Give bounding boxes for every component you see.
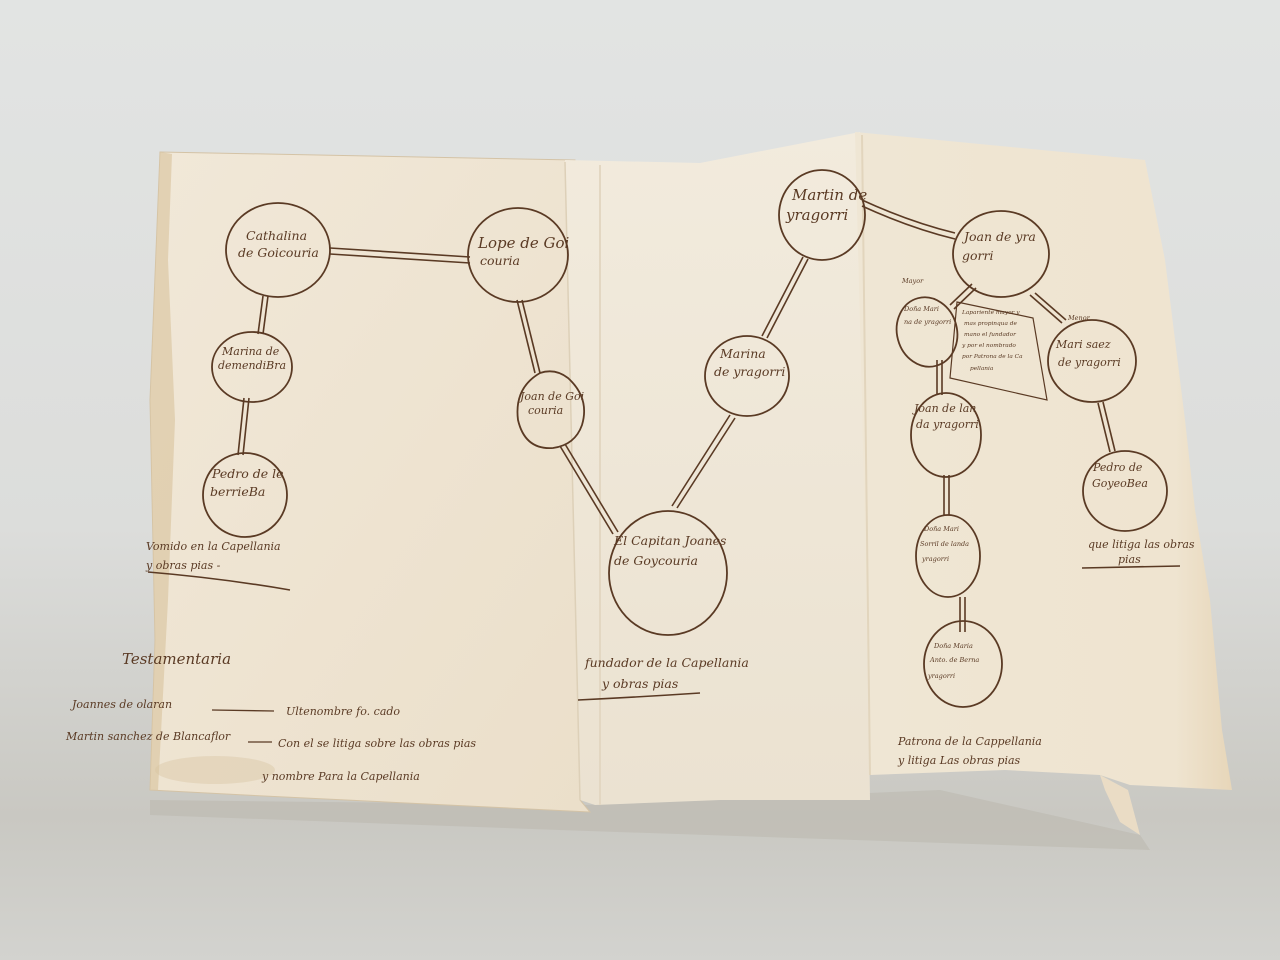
note-line: y por el nombrado (961, 343, 1016, 349)
center-caption-line1: fundador de la Capellania (584, 655, 749, 670)
testamentaria-name: Martin sanchez de Blancaflor (65, 730, 231, 743)
left-caption-line2: y obras pias - (145, 559, 221, 572)
node-label: yragorri (927, 672, 955, 680)
node-label: couria (480, 253, 520, 268)
note-line: mano el fundador (964, 332, 1017, 338)
note-line: Lapariente mayor y (961, 310, 1020, 316)
left-caption-line1: Vomido en la Capellania (146, 540, 281, 553)
node-label: yragorri (785, 206, 849, 224)
photo-scene: Cathalina de Goicouria Lope de Goi couri… (0, 0, 1280, 960)
node-label: Martin de (791, 186, 867, 204)
node-label: Doña Maria (933, 642, 973, 650)
node-label: berrieBa (210, 484, 265, 499)
node-label: Sorril de landa (920, 540, 969, 548)
menor-label: Menor (1067, 314, 1091, 322)
node-label: El Capitan Joanes (613, 533, 726, 548)
node-label: Joan de Goi (518, 390, 584, 403)
node-label: demendiBra (218, 359, 286, 372)
testamentaria-role: Ultenombre fo. cado (286, 705, 400, 718)
node-label: Pedro de le (211, 466, 284, 481)
mayor-label: Mayor (901, 277, 924, 285)
right-top-caption-line1: que litiga las obras (1088, 538, 1195, 551)
right-page (855, 132, 1232, 790)
node-label: couria (528, 404, 563, 417)
testamentaria-name: Joannes de olaran (70, 698, 172, 711)
right-bottom-caption-line2: y litiga Las obras pias (897, 754, 1021, 767)
testamentaria-continuation: y nombre Para la Capellania (261, 770, 420, 783)
node-label: da yragorri (916, 418, 979, 431)
note-line: mas propinqua de (964, 321, 1017, 327)
right-bottom-caption-line1: Patrona de la Cappellania (897, 735, 1042, 748)
testamentaria-heading: Testamentaria (122, 650, 231, 668)
manuscript-photo: Cathalina de Goicouria Lope de Goi couri… (0, 0, 1280, 960)
node-label: de yragorri (1058, 356, 1121, 369)
node-label: Joan de yra (961, 229, 1036, 244)
node-label: Pedro de (1092, 461, 1143, 474)
node-label: Marina (719, 346, 766, 361)
testamentaria-role: Con el se litiga sobre las obras pias (278, 737, 476, 750)
node-label: Anto. de Berna (929, 656, 979, 664)
node-label: GoyeoBea (1092, 477, 1148, 490)
node-label: de yragorri (714, 364, 785, 379)
center-page (565, 132, 870, 805)
node-label: de Goicouria (238, 245, 319, 260)
node-label: Marina de (221, 345, 280, 358)
node-label: de Goycouria (614, 553, 698, 568)
note-line: pellania (970, 366, 994, 372)
node-label: Doña Mari (923, 525, 959, 533)
center-caption-line2: y obras pias (601, 676, 678, 691)
node-label: gorri (962, 248, 993, 263)
node-label: na de yragorri (904, 318, 951, 326)
node-label: Lope de Goi (477, 234, 569, 252)
note-line: por Patrona de la Ca (962, 354, 1023, 360)
node-label: Doña Mari (903, 305, 939, 313)
node-label: Mari saez (1055, 338, 1111, 351)
node-label: Joan de lan (912, 402, 976, 415)
right-top-caption-line2: pias (1118, 553, 1141, 566)
node-label: Cathalina (246, 228, 307, 243)
node-label: yragorri (921, 555, 949, 563)
